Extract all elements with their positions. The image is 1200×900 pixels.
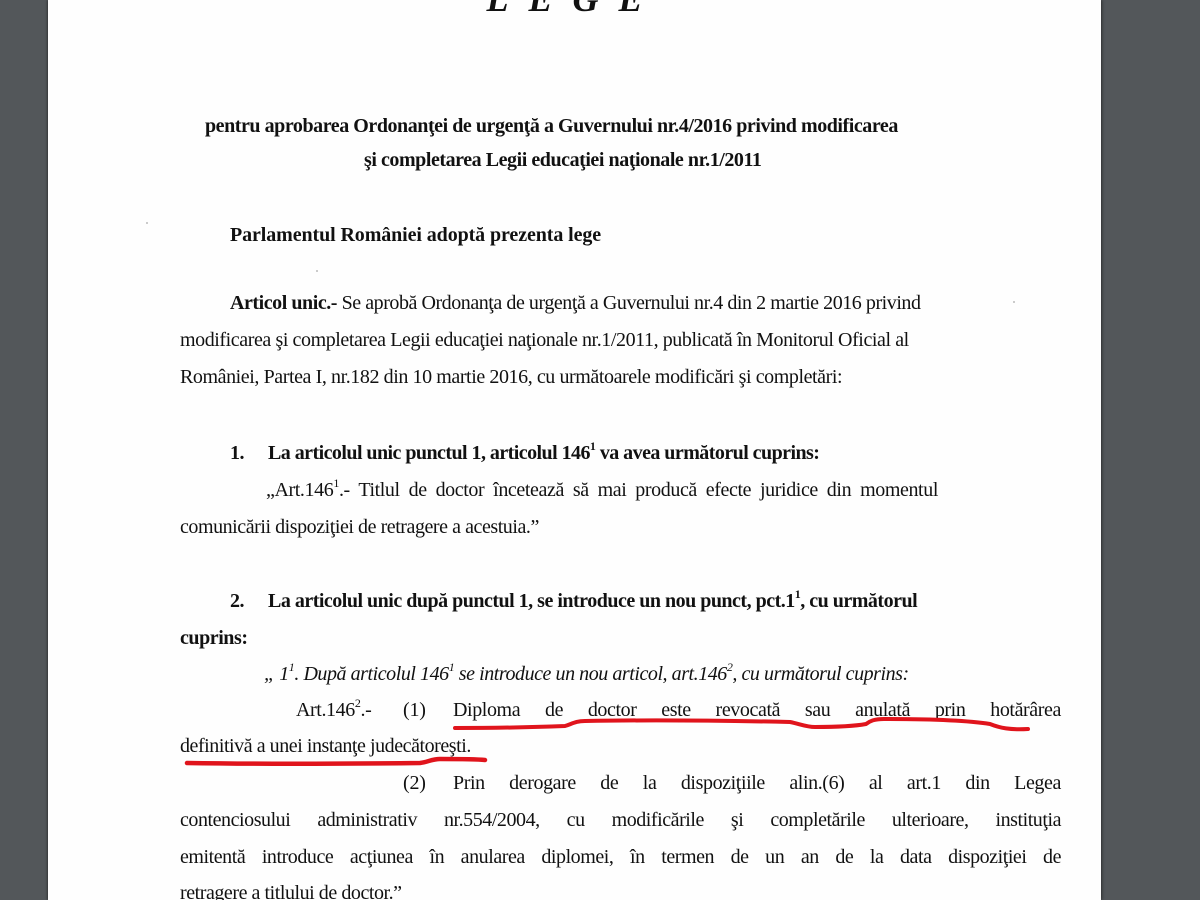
- point-1-number: 1.: [230, 441, 244, 465]
- paragraph-1-text: Diploma de doctor este revocată sau anul…: [453, 698, 1061, 722]
- italic-text: . După articolul 146: [294, 663, 448, 685]
- scan-speck: [146, 222, 148, 224]
- document-page: LEGE pentru aprobarea Ordonanţei de urge…: [48, 0, 1101, 900]
- art-label-text: Art.146: [296, 699, 355, 721]
- superscript: 1: [449, 660, 455, 674]
- point-2-number: 2.: [230, 589, 244, 613]
- subtitle-line-1: pentru aprobarea Ordonanţei de urgenţă a…: [205, 114, 898, 138]
- paragraph-2-text: emitentă introduce acţiunea în anularea …: [180, 845, 1061, 869]
- paragraph-2-line-2: contenciosului administrativ nr.554/2004…: [180, 808, 1061, 832]
- art-label-text-end: .-: [360, 699, 371, 721]
- paragraph-1-line-1: Diploma de doctor este revocată sau anul…: [453, 698, 1061, 722]
- paragraph-1-number: (1): [403, 698, 426, 722]
- point-2-italic-line: „ 11. După articolul 1461 se introduce u…: [264, 662, 909, 686]
- article-text-1: Se aprobă Ordonanţa de urgenţă a Guvernu…: [337, 292, 921, 314]
- superscript: 1: [333, 476, 339, 490]
- superscript: 2: [355, 696, 361, 710]
- quote-text: „Art.146: [266, 479, 333, 501]
- article-line-1: Articol unic.- Se aprobă Ordonanţa de ur…: [230, 291, 921, 315]
- superscript: 1: [795, 587, 801, 601]
- italic-text: se introduce un nou articol, art.146: [454, 663, 727, 685]
- point-2-heading-text: La articolul unic după punctul 1, se int…: [268, 590, 795, 612]
- point-1-heading-text-end: va avea următorul cuprins:: [595, 442, 819, 464]
- article-line-3: României, Partea I, nr.182 din 10 martie…: [180, 365, 842, 389]
- paragraph-2-text: contenciosului administrativ nr.554/2004…: [180, 808, 1061, 832]
- subtitle-line-2: şi completarea Legii educaţiei naţionale…: [364, 148, 761, 172]
- document-viewer: LEGE pentru aprobarea Ordonanţei de urge…: [0, 0, 1200, 900]
- superscript: 2: [727, 660, 733, 674]
- paragraph-2-line-1: Prin derogare de la dispoziţiile alin.(6…: [453, 771, 1061, 795]
- art-146-2-label: Art.1462.-: [296, 698, 371, 722]
- point-1-quote-line-2: comunicării dispoziţiei de retragere a a…: [180, 515, 539, 539]
- point-2-heading-line-2: cuprins:: [180, 626, 248, 650]
- point-1-quote-line-1: „Art.1461.- Titlul de doctor încetează s…: [266, 478, 1061, 502]
- superscript: 1: [590, 439, 595, 453]
- preamble: Parlamentul României adoptă prezenta leg…: [230, 223, 601, 247]
- italic-text-end: , cu următorul cuprins:: [732, 663, 908, 685]
- scan-speck: [316, 270, 318, 272]
- paragraph-2-text: Prin derogare de la dispoziţiile alin.(6…: [453, 771, 1061, 795]
- point-1-heading-text: La articolul unic punctul 1, articolul 1…: [268, 442, 590, 464]
- article-line-2: modificarea şi completarea Legii educaţi…: [180, 328, 909, 352]
- point-1-heading: La articolul unic punctul 1, articolul 1…: [268, 441, 819, 465]
- paragraph-2-line-4: retragere a titlului de doctor.”: [180, 881, 402, 900]
- point-2-heading: La articolul unic după punctul 1, se int…: [268, 589, 917, 613]
- quote-text-end: .- Titlul de doctor încetează să mai pro…: [339, 479, 938, 501]
- italic-text: „ 1: [264, 663, 289, 685]
- superscript: 1: [289, 660, 295, 674]
- scan-speck: [1013, 301, 1015, 303]
- paragraph-2-number: (2): [403, 771, 426, 795]
- paragraph-2-line-3: emitentă introduce acţiunea în anularea …: [180, 845, 1061, 869]
- point-2-heading-text-end: , cu următorul: [800, 590, 917, 612]
- article-heading: Articol unic.-: [230, 292, 337, 314]
- paragraph-1-line-2: definitivă a unei instanţe judecătoreşti…: [180, 734, 471, 758]
- document-title: LEGE: [48, 0, 1101, 20]
